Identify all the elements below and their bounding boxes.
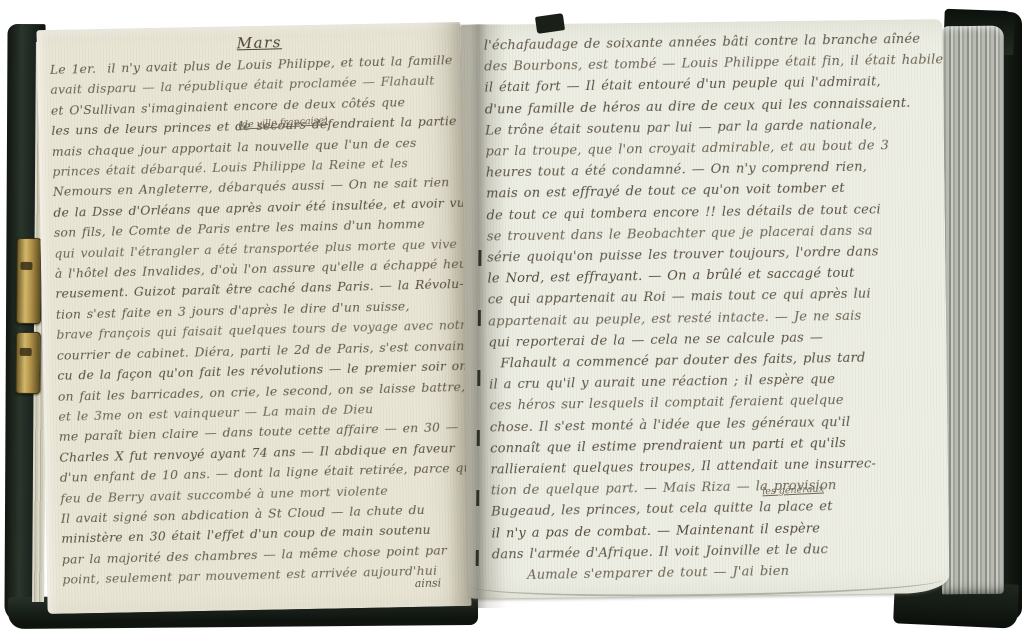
left-page-text: Mars Le 1er. il n'y avait plus de Louis … xyxy=(49,29,464,590)
left-page-lines: Le 1er. il n'y avait plus de Louis Phili… xyxy=(50,50,465,590)
clasp-notch xyxy=(20,348,32,356)
catchword: ainsi xyxy=(415,576,442,590)
fore-edge-pages xyxy=(942,26,1004,595)
clasp-segment-top xyxy=(16,238,42,324)
right-page: l'échafaudage de soixante années bâti co… xyxy=(461,19,950,599)
right-page-text: l'échafaudage de soixante années bâti co… xyxy=(484,28,950,587)
photo-canvas: Mars Le 1er. il n'y avait plus de Louis … xyxy=(0,0,1024,631)
clasp-segment-bottom xyxy=(15,332,41,394)
clasp-notch xyxy=(20,262,32,270)
right-page-lines: l'échafaudage de soixante années bâti co… xyxy=(484,28,950,587)
left-page: Mars Le 1er. il n'y avait plus de Louis … xyxy=(36,22,471,614)
